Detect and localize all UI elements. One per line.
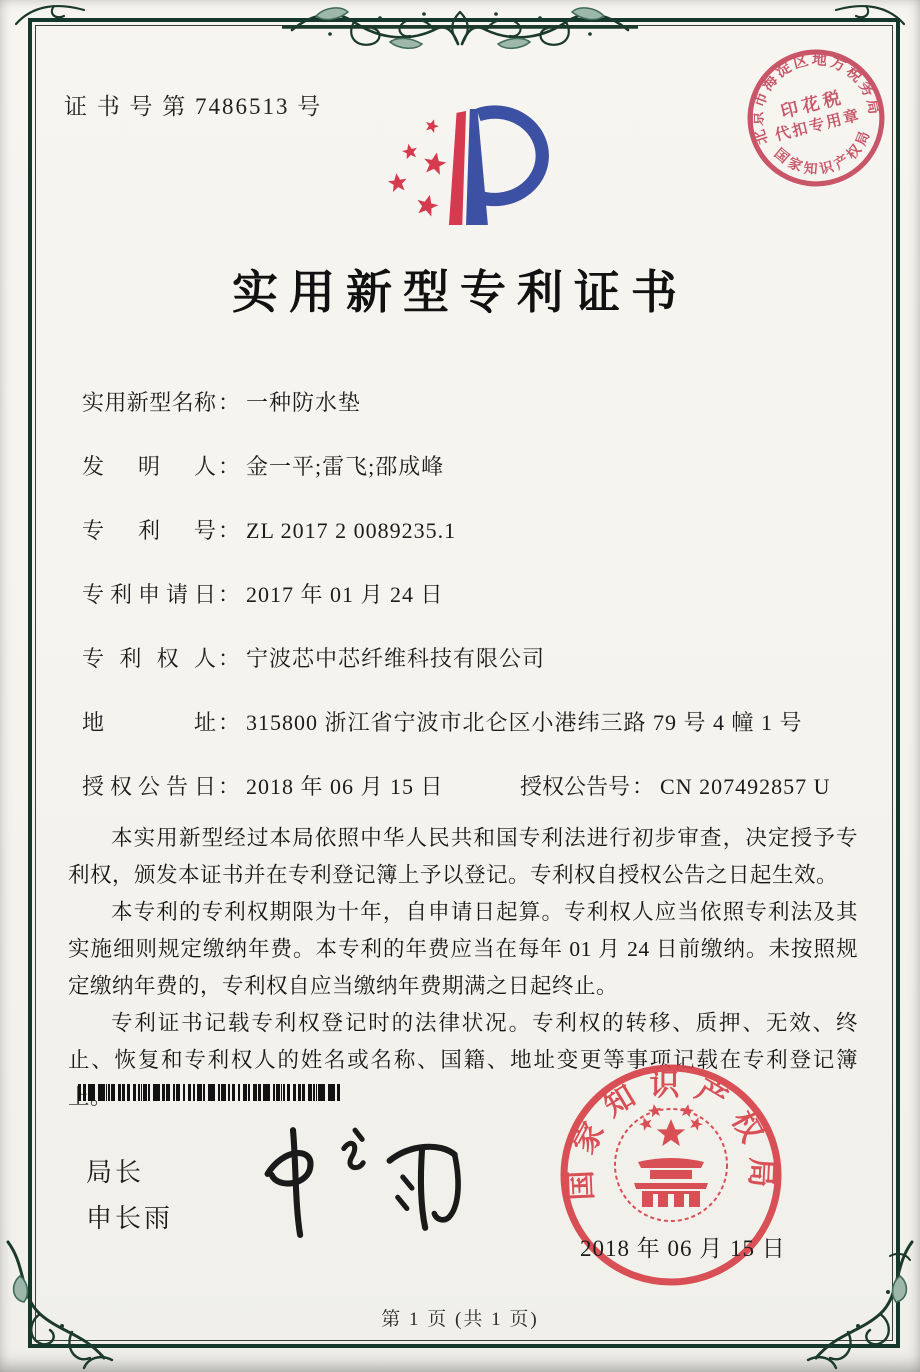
signer-name: 申长雨 — [86, 1198, 173, 1235]
national-emblem-icon — [615, 1103, 727, 1221]
paragraph: 本实用新型经过本局依照中华人民共和国专利法进行初步审查，决定授予专利权，颁发本证… — [68, 820, 858, 894]
page-number-footer: 第 1 页 (共 1 页) — [0, 1304, 920, 1331]
field-label: 授权公告日 — [82, 770, 216, 801]
field-label: 专利号 — [82, 514, 216, 545]
field-row: 授权公告日：2018 年 06 月 15 日 授权公告号：CN 20749285… — [82, 770, 860, 800]
field-value: 315800 浙江省宁波市北仑区小港纬三路 79 号 4 幢 1 号 — [246, 710, 803, 735]
field-row: 发明人：金一平;雷飞;邵成峰 — [82, 450, 860, 480]
field-row: 专利权人：宁波芯中芯纤维科技有限公司 — [82, 642, 860, 672]
grant-number-group: 授权公告号：CN 207492857 U — [520, 770, 830, 801]
field-label: 发明人 — [82, 450, 216, 481]
field-value: 金一平;雷飞;邵成峰 — [246, 454, 444, 479]
field-label: 专利权人 — [82, 642, 216, 673]
field-label: 专利申请日 — [82, 578, 216, 609]
field-label: 实用新型名称 — [82, 386, 216, 417]
field-value: 2018 年 06 月 15 日 — [246, 774, 444, 799]
signer-title: 局长 — [86, 1152, 144, 1189]
grant-number-label: 授权公告号 — [520, 774, 630, 799]
patent-certificate-page: 证 书 号 第 7486513 号 — [0, 0, 920, 1372]
field-list: 实用新型名称：一种防水垫 发明人：金一平;雷飞;邵成峰 专利号：ZL 2017 … — [82, 386, 860, 834]
field-row: 实用新型名称：一种防水垫 — [82, 386, 860, 416]
grant-number-value: CN 207492857 U — [660, 774, 830, 799]
barcode — [78, 1084, 342, 1101]
ornament-top-right-icon — [832, 0, 906, 26]
field-row: 地址：315800 浙江省宁波市北仑区小港纬三路 79 号 4 幢 1 号 — [82, 706, 860, 736]
field-row: 专利号：ZL 2017 2 0089235.1 — [82, 514, 860, 544]
paragraph: 本专利的专利权期限为十年，自申请日起算。专利权人应当依照专利法及其实施细则规定缴… — [68, 894, 858, 1005]
ornament-top-left-icon — [14, 0, 88, 26]
certificate-title: 实用新型专利证书 — [0, 256, 920, 322]
field-value: ZL 2017 2 0089235.1 — [246, 518, 456, 543]
field-row: 专利申请日：2017 年 01 月 24 日 — [82, 578, 860, 608]
field-value: 宁波芯中芯纤维科技有限公司 — [246, 646, 545, 671]
certificate-number: 证 书 号 第 7486513 号 — [64, 88, 322, 121]
signature-handwriting-icon — [236, 1118, 472, 1240]
seal-date: 2018 年 06 月 15 日 — [580, 1230, 786, 1263]
field-value: 一种防水垫 — [246, 390, 361, 415]
field-value: 2017 年 01 月 24 日 — [246, 582, 444, 607]
field-label: 地址 — [82, 706, 216, 737]
cnipa-logo-icon — [372, 96, 562, 238]
ornament-top-center-icon — [282, 0, 638, 60]
